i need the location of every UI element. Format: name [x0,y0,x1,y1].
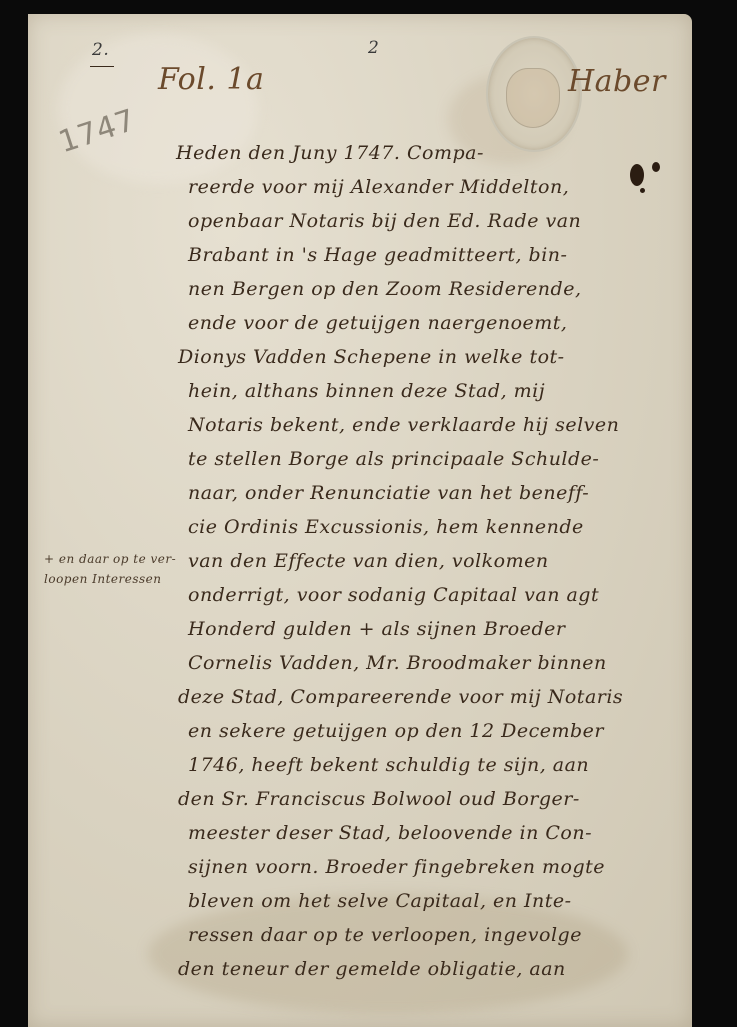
margin-note-line-2: loopen Interessen [44,572,162,586]
folio-flourish-left: Fol. 1a [158,62,264,97]
text-line: Notaris bekent, ende verklaarde hij selv… [188,414,619,436]
text-line: hein, althans binnen deze Stad, mij [188,380,545,402]
text-line: te stellen Borge als principaale Schulde… [188,448,599,470]
text-line: 1746, heeft bekent schuldig te sijn, aan [188,754,589,776]
folio-flourish-right: Haber [568,64,666,99]
text-line: naar, onder Renunciatie van het beneff- [188,482,589,504]
text-line: nen Bergen op den Zoom Residerende, [188,278,581,300]
text-line: ressen daar op te verloopen, ingevolge [188,924,582,946]
text-line: meester deser Stad, beloovende in Con- [188,822,592,844]
page-number-underline [90,66,114,67]
text-line: cie Ordinis Excussionis, hem kennende [188,516,584,538]
text-line: Heden den Juny 1747. Compa- [176,142,484,164]
text-line: Honderd gulden + als sijnen Broeder [188,618,565,640]
text-line: den Sr. Franciscus Bolwool oud Borger- [178,788,580,810]
page-number-center: 2 [368,38,379,58]
text-line: sijnen voorn. Broeder fingebreken mogte [188,856,605,878]
seal-crest-icon [506,68,560,128]
text-line: den teneur der gemelde obligatie, aan [178,958,566,980]
ink-blot [630,164,644,186]
ink-blot [640,188,645,193]
text-line: onderrigt, voor sodanig Capitaal van agt [188,584,599,606]
text-line: reerde voor mij Alexander Middelton, [188,176,569,198]
text-line: Dionys Vadden Schepene in welke tot- [178,346,565,368]
manuscript-page: 2. 2 1747 Fol. 1a Haber + en daar op te … [28,14,692,1027]
ink-blot [652,162,660,172]
text-line: en sekere getuijgen op den 12 December [188,720,604,742]
text-line: Cornelis Vadden, Mr. Broodmaker binnen [188,652,607,674]
text-line: openbaar Notaris bij den Ed. Rade van [188,210,581,232]
text-line: bleven om het selve Capitaal, en Inte- [188,890,572,912]
text-line: deze Stad, Compareerende voor mij Notari… [178,686,623,708]
page-number-left: 2. [92,40,109,60]
text-line: van den Effecte van dien, volkomen [188,550,549,572]
text-line: Brabant in 's Hage geadmitteert, bin- [188,244,567,266]
text-line: ende voor de getuijgen naergenoemt, [188,312,567,334]
lower-stain [148,894,628,1014]
margin-note-line-1: + en daar op te ver- [44,552,176,566]
